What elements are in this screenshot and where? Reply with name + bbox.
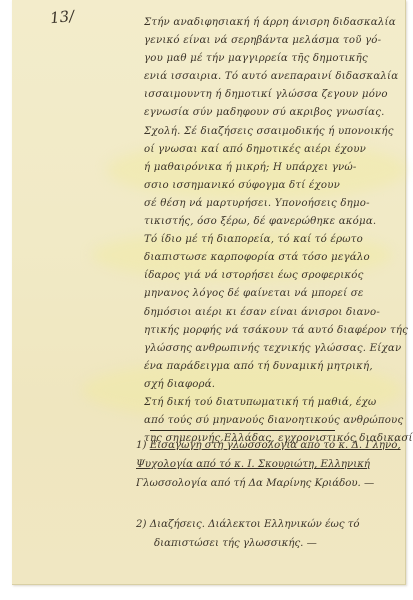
text-line: σσιο ισσημανικό σύφογμα δτί έχουν xyxy=(144,177,413,195)
footnote-1: 1) Εισαγωγή στή γλωσσολογία από τό κ. Δ.… xyxy=(136,436,413,493)
footnote-text: Διαζήσεις. Διάλεκτοι Ελληνικών έως τό xyxy=(150,519,360,530)
footnote-line: 1) Εισαγωγή στή γλωσσολογία από τό κ. Δ.… xyxy=(136,436,413,455)
text-line: Στή δική τού διατυπωματική τή μαθιά, έχω xyxy=(144,394,413,412)
footnotes: 1) Εισαγωγή στή γλωσσολογία από τό κ. Δ.… xyxy=(136,436,413,575)
footnote-marker: 1) xyxy=(136,440,146,451)
footnote-text: Εισαγωγή στή γλωσσολογία από τό κ. Δ. Γλ… xyxy=(150,440,401,451)
footnote-line: Ψυχολογία από τό κ. Ι. Σκουριώτη, Ελληνι… xyxy=(136,455,413,474)
text-line: σχή διαφορά. xyxy=(144,376,413,394)
footnote-text: Γλωσσολογία από τή Δα Μαρίνης Κριάδου. — xyxy=(136,478,374,489)
text-line: ισσαιμουντη ή δημοτικί γλώσσα ζεγουν μόν… xyxy=(144,86,413,104)
footnote-divider xyxy=(150,430,335,431)
text-line: εγνωσία σύν μαδηφουν σύ ακριβος γνωσίας. xyxy=(144,104,413,122)
text-line: Στήν αναδιφησιακή ή άρρη άνισρη διδασκαλ… xyxy=(144,14,413,32)
footnote-text: Ψυχολογία από τό κ. Ι. Σκουριώτη, Ελληνι… xyxy=(136,459,370,470)
footnote-line: 2) Διαζήσεις. Διάλεκτοι Ελληνικών έως τό xyxy=(136,515,413,534)
text-line: γου μαθ μέ τήν μαγγιρρεία τῆς δημοτικῆς xyxy=(144,50,413,68)
footnote-2: 2) Διαζήσεις. Διάλεκτοι Ελληνικών έως τό… xyxy=(136,515,413,553)
text-line: σέ θέση νά μαρτυρήσει. Υπονοήσεις δημο- xyxy=(144,195,413,213)
text-line: από τούς σύ μηνανούς διανοητικούς ανθρώπ… xyxy=(144,412,413,430)
footnote-line: Γλωσσολογία από τή Δα Μαρίνης Κριάδου. — xyxy=(136,474,413,493)
text-line: ή μαθαιρόνικα ή μικρή; Η υπάρχει γνώ- xyxy=(144,159,413,177)
manuscript-body: Στήν αναδιφησιακή ή άρρη άνισρη διδασκαλ… xyxy=(144,14,413,448)
text-line: γενικό είναι νά σερηβάντα μελάσμα τοῦ γό… xyxy=(144,32,413,50)
footnote-marker: 2) xyxy=(136,519,146,530)
text-line: γλώσσης ανθρωπινής τεχνικής γλώσσας. Είχ… xyxy=(144,340,413,358)
page-number: 13/ xyxy=(49,7,75,27)
text-line: ενιά ισσαιρια. Τό αυτό ανεπαραινί διδασκ… xyxy=(144,68,413,86)
text-line: μηνανος λόγος δέ φαίνεται νά μπορεί σε xyxy=(144,285,413,303)
text-line: οί γνωσαι καί από δημοτικές αιέρι έχουν xyxy=(144,141,413,159)
footnote-line: διαπιστώσει τής γλωσσικής. — xyxy=(136,534,413,553)
footnote-text: διαπιστώσει τής γλωσσικής. — xyxy=(154,538,317,549)
text-line: ένα παράδειγμα από τή δυναμική μητρική, xyxy=(144,358,413,376)
text-line: ητικής μορφής νά τσάκουν τά αυτό διαφέρο… xyxy=(144,322,413,340)
text-line: τικιστής, όσο ξέρω, δέ φανερώθηκε ακόμα. xyxy=(144,213,413,231)
manuscript-page: 13/ Στήν αναδιφησιακή ή άρρη άνισρη διδα… xyxy=(12,0,406,585)
text-line: Τό ίδιο μέ τή διαπορεία, τό καί τό έρωτο xyxy=(144,231,413,249)
text-line: Σχολή. Σέ διαζήσεις σσαιμοδικής ή υπονοι… xyxy=(144,123,413,141)
text-line: διαπιστωσε καρποφορία στά τόσο μεγάλο xyxy=(144,249,413,267)
text-line: ίδαρος γιά νά ιστορήσει έως σροφερικός xyxy=(144,267,413,285)
text-line: δημόσιοι αιέρι κι έσαν είναι άνισροι δια… xyxy=(144,304,413,322)
